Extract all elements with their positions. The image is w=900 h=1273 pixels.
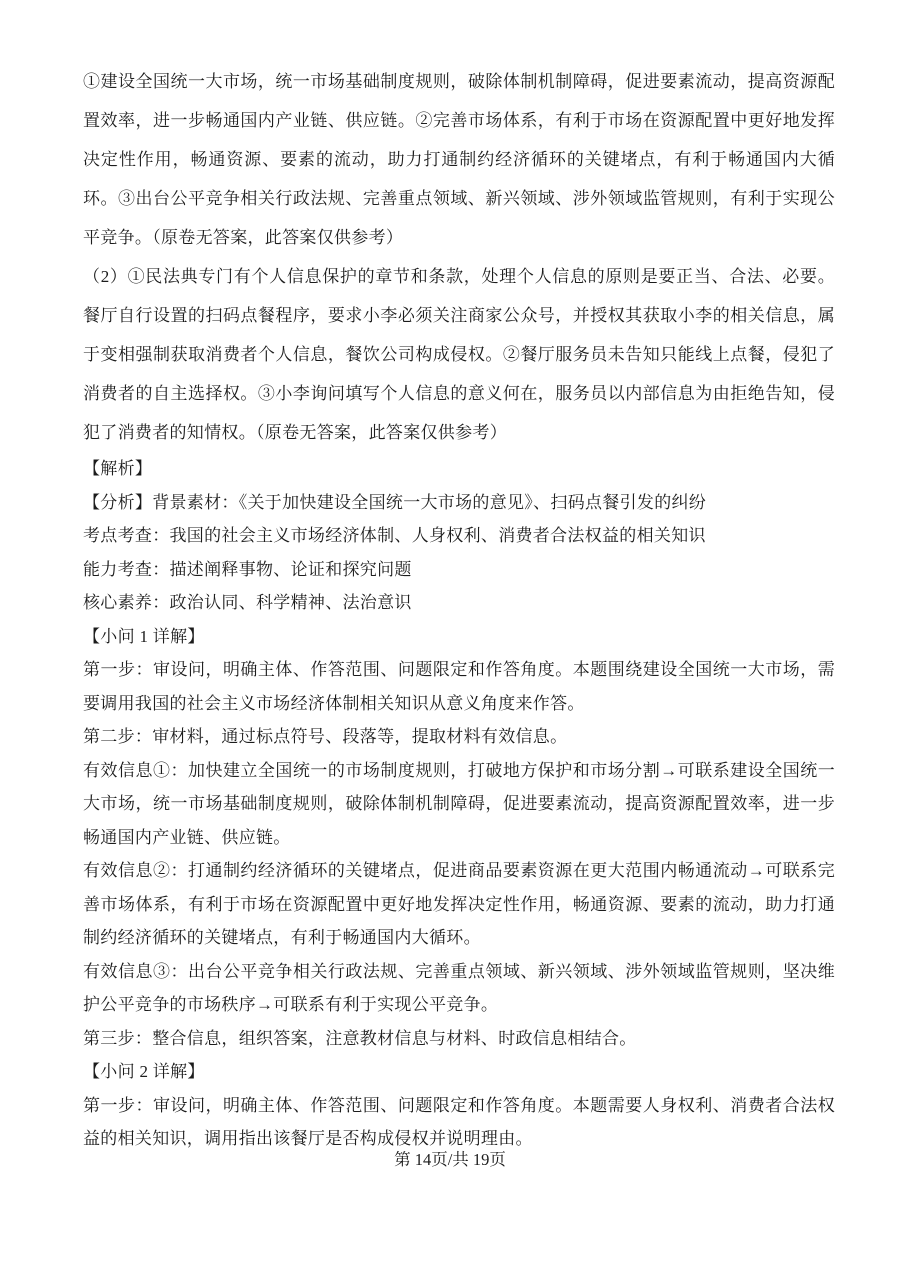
document-page: ①建设全国统一大市场，统一市场基础制度规则，破除体制机制障碍，促进要素流动，提高… [83,62,835,1156]
answer-part1-paragraph: ①建设全国统一大市场，统一市场基础制度规则，破除体制机制障碍，促进要素流动，提高… [83,62,835,257]
fenxi-background-line: 【分析】背景素材：《关于加快建设全国统一大市场的意见》、扫码点餐引发的纠纷 [83,486,835,520]
q1-step2-paragraph: 第二步：审材料，通过标点符号、段落等，提取材料有效信息。 [83,720,835,754]
jiexi-heading: 【解析】 [83,452,835,486]
hexin-line: 核心素养：政治认同、科学精神、法治意识 [83,586,835,620]
q1-info1-paragraph: 有效信息①：加快建立全国统一的市场制度规则，打破地方保护和市场分割→可联系建设全… [83,754,835,855]
q1-info3-paragraph: 有效信息③：出台公平竞争相关行政法规、完善重点领域、新兴领域、涉外领域监管规则，… [83,955,835,1022]
q1-step3-paragraph: 第三步：整合信息，组织答案，注意教材信息与材料、时政信息相结合。 [83,1022,835,1056]
subquestion2-heading: 【小问 2 详解】 [83,1055,835,1089]
q1-info2-paragraph: 有效信息②：打通制约经济循环的关键堵点，促进商品要素资源在更大范围内畅通流动→可… [83,854,835,955]
answer-part2-paragraph: （2）①民法典专门有个人信息保护的章节和条款，处理个人信息的原则是要正当、合法、… [83,257,835,452]
subquestion1-heading: 【小问 1 详解】 [83,620,835,654]
nengli-line: 能力考查：描述阐释事物、论证和探究问题 [83,553,835,587]
q1-step1-paragraph: 第一步：审设问，明确主体、作答范围、问题限定和作答角度。本题围绕建设全国统一大市… [83,653,835,720]
kaodian-line: 考点考查：我国的社会主义市场经济体制、人身权利、消费者合法权益的相关知识 [83,519,835,553]
q2-step1-paragraph: 第一步：审设问，明确主体、作答范围、问题限定和作答角度。本题需要人身权利、消费者… [83,1089,835,1156]
page-number-footer: 第 14页/共 19页 [0,1149,900,1171]
